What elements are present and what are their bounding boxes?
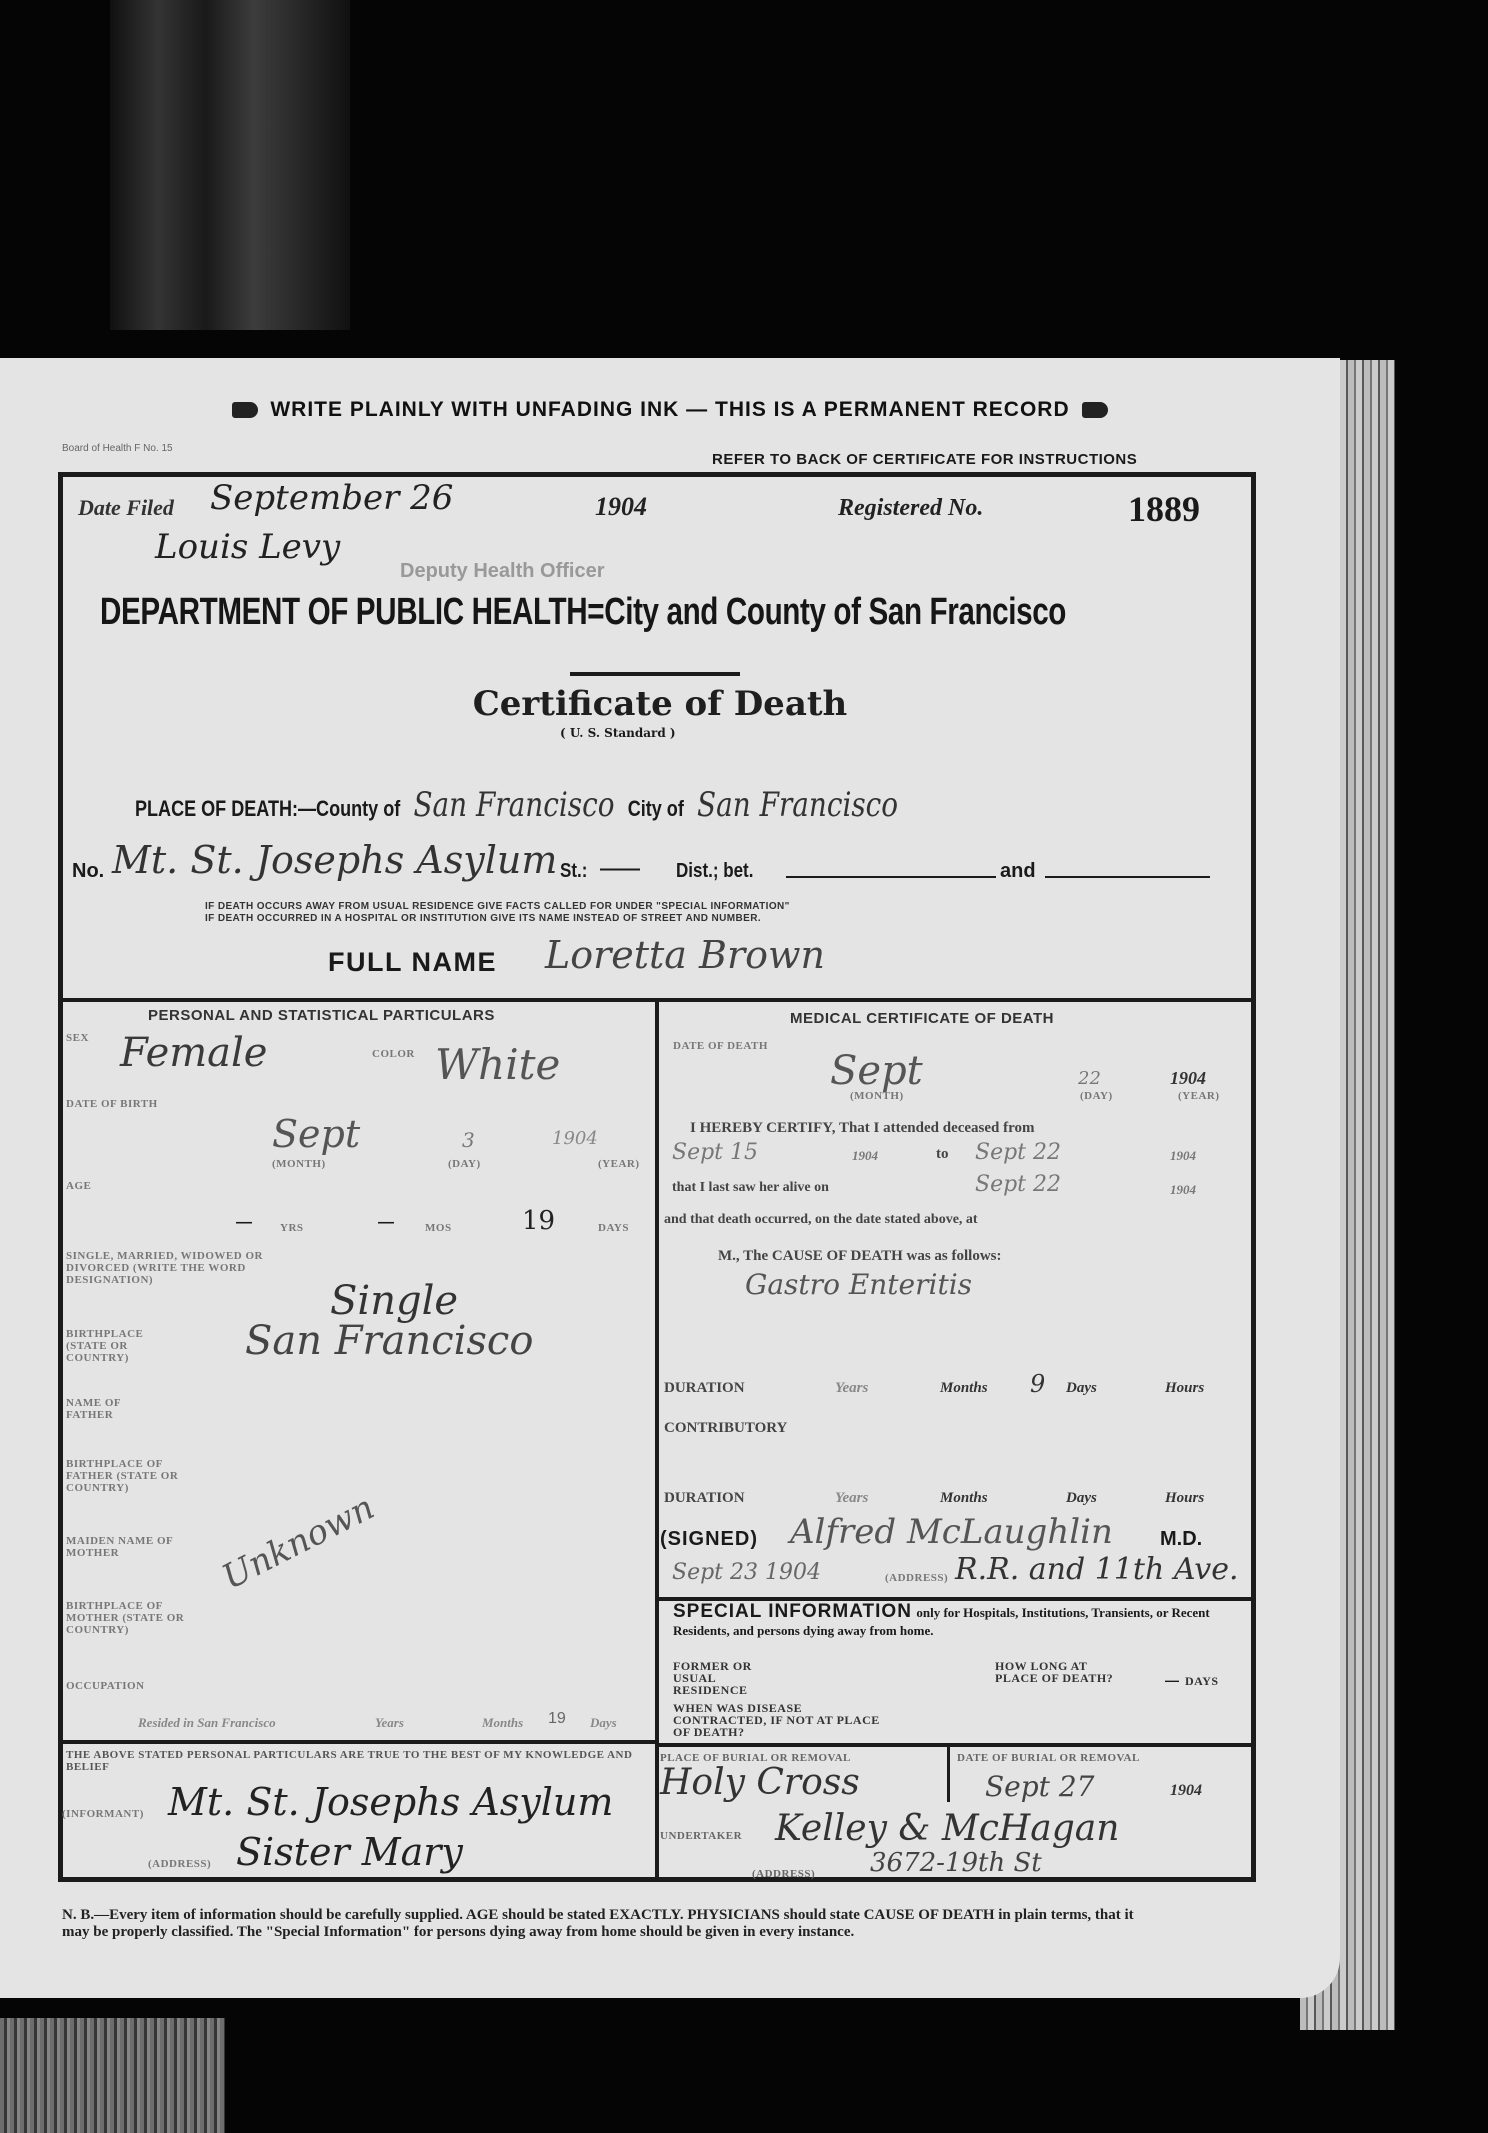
signed-date: Sept 23 1904 <box>672 1560 821 1585</box>
father-birthplace-label: BIRTHPLACE OF FATHER (State or Country) <box>66 1458 186 1494</box>
duration2-days-caption: Days <box>1066 1490 1097 1507</box>
attended-from: Sept 15 <box>672 1140 758 1165</box>
district-line <box>786 876 996 878</box>
physician-address-label: (Address) <box>885 1572 948 1584</box>
signed-label: (SIGNED) <box>660 1528 758 1551</box>
deputy-signature: Louis Levy <box>155 527 340 567</box>
how-long-days-caption: Days <box>1185 1675 1219 1687</box>
dob-year: 1904 <box>552 1128 598 1149</box>
duration2-label: DURATION <box>664 1490 745 1507</box>
footer-note: N. B.—Every item of information should b… <box>62 1907 1142 1941</box>
special-info-block: SPECIAL INFORMATION only for Hospitals, … <box>673 1603 1243 1640</box>
date-filed-year: 1904 <box>595 492 647 522</box>
resided-days: 19 <box>548 1710 566 1728</box>
resided-label: Resided in San Francisco <box>138 1715 276 1731</box>
informant-address-value: Sister Mary <box>236 1830 463 1874</box>
age-days: 19 <box>522 1206 555 1236</box>
dod-label: DATE OF DEATH <box>673 1040 768 1052</box>
duration-days-caption: Days <box>1066 1380 1097 1397</box>
how-long-label: How long at Place of Death? <box>995 1660 1115 1684</box>
place-of-death-label: PLACE OF DEATH:—County of <box>135 796 400 821</box>
dod-day: 22 <box>1078 1068 1101 1089</box>
place-instructions: IF DEATH OCCURS AWAY FROM USUAL RESIDENC… <box>205 901 790 925</box>
duration2-years-caption: Years <box>835 1490 868 1507</box>
pointing-hand-icon <box>1082 402 1108 418</box>
street-label: St.: <box>560 860 587 883</box>
undertaker-label: UNDERTAKER <box>660 1830 742 1842</box>
dob-year-caption: (Year) <box>598 1158 640 1170</box>
background-left-bottom <box>0 2018 225 2133</box>
attest-divider <box>58 1740 656 1744</box>
dod-day-caption: (Day) <box>1080 1090 1113 1102</box>
dob-day-caption: (Day) <box>448 1158 481 1170</box>
cause-value: Gastro Enteritis <box>745 1268 972 1301</box>
full-name-value: Loretta Brown <box>545 933 825 977</box>
number-label: No. <box>72 860 104 883</box>
burial-divider <box>656 1743 1256 1747</box>
former-residence-label: Former or Usual Residence <box>673 1660 793 1696</box>
dod-month: Sept <box>830 1048 923 1094</box>
occurred-text: and that death occurred, on the date sta… <box>664 1212 978 1228</box>
instruction-line-2: IF DEATH OCCURRED IN A HOSPITAL OR INSTI… <box>205 913 790 925</box>
occupation-label: OCCUPATION <box>66 1680 145 1692</box>
color-value: White <box>435 1040 560 1089</box>
duration-months-caption: Months <box>940 1380 988 1397</box>
city-value: San Francisco <box>697 785 898 825</box>
age-months-caption: Mos <box>425 1222 452 1234</box>
resided-days-caption: Days <box>590 1715 617 1731</box>
certify-text: I HEREBY CERTIFY, That I attended deceas… <box>690 1120 1035 1137</box>
burial-year-value: 1904 <box>1170 1782 1202 1800</box>
duration-hours-caption: Hours <box>1165 1380 1204 1397</box>
dod-year-caption: (Year) <box>1178 1090 1220 1102</box>
age-days-caption: Days <box>598 1222 629 1234</box>
age-months: — <box>378 1214 394 1232</box>
certificate-title: Certificate of Death <box>360 684 960 724</box>
dod-month-caption: (Month) <box>850 1090 904 1102</box>
physician-signature: Alfred McLaughlin <box>790 1512 1113 1552</box>
attended-to-year: 1904 <box>1170 1148 1196 1164</box>
column-divider <box>655 1002 659 1880</box>
special-heading: SPECIAL INFORMATION <box>673 1601 912 1622</box>
resided-months-caption: Months <box>482 1715 523 1731</box>
date-filed-label: Date Filed <box>78 495 174 521</box>
refer-notice: REFER TO BACK OF CERTIFICATE FOR INSTRUC… <box>712 451 1137 468</box>
institution-value: Mt. St. Josephs Asylum <box>112 838 557 882</box>
birthplace-label: BIRTHPLACE (State or Country) <box>66 1328 186 1364</box>
last-saw-year: 1904 <box>1170 1182 1196 1198</box>
attended-from-year: 1904 <box>852 1148 878 1164</box>
how-long-value: — <box>1165 1672 1179 1688</box>
department-title: DEPARTMENT OF PUBLIC HEALTH=City and Cou… <box>100 591 974 634</box>
registered-number: 1889 <box>1128 488 1200 530</box>
to-label: to <box>936 1146 949 1163</box>
district-label: Dist.; bet. <box>676 860 753 883</box>
father-name-label: NAME OF FATHER <box>66 1397 146 1421</box>
attended-to: Sept 22 <box>975 1140 1061 1165</box>
registered-no-label: Registered No. <box>838 495 983 522</box>
attest-text: THE ABOVE STATED PERSONAL PARTICULARS AR… <box>66 1749 636 1773</box>
informant-value: Mt. St. Josephs Asylum <box>168 1780 613 1824</box>
background-left-top <box>110 0 350 330</box>
age-years: — <box>236 1214 252 1232</box>
medical-heading: MEDICAL CERTIFICATE OF DEATH <box>790 1010 1054 1027</box>
pointing-hand-icon <box>232 402 258 418</box>
mother-name-label: MAIDEN NAME OF MOTHER <box>66 1535 186 1559</box>
burial-column-divider <box>947 1747 950 1802</box>
sex-value: Female <box>120 1030 267 1076</box>
md-label: M.D. <box>1160 1528 1202 1551</box>
street-value: —— <box>600 858 640 881</box>
instruction-line-1: IF DEATH OCCURS AWAY FROM USUAL RESIDENC… <box>205 901 790 913</box>
age-label: AGE <box>66 1180 91 1192</box>
physician-address: R.R. and 11th Ave. <box>955 1552 1239 1587</box>
deputy-title: Deputy Health Officer <box>400 560 604 583</box>
certificate-subtitle: ( U. S. Standard ) <box>560 726 676 740</box>
informant-label: (Informant) <box>62 1808 144 1820</box>
marital-label: SINGLE, MARRIED, WIDOWED OR DIVORCED (Wr… <box>66 1250 316 1286</box>
duration2-hours-caption: Hours <box>1165 1490 1204 1507</box>
date-filed-value: September 26 <box>210 478 453 518</box>
mother-birthplace-label: BIRTHPLACE OF MOTHER (State or Country) <box>66 1600 186 1636</box>
burial-date-value: Sept 27 <box>985 1770 1094 1803</box>
county-value: San Francisco <box>413 785 614 825</box>
duration2-months-caption: Months <box>940 1490 988 1507</box>
city-label: City of <box>628 796 684 821</box>
printer-mark: Board of Health F No. 15 <box>62 443 173 454</box>
place-of-death-row: PLACE OF DEATH:—County of San Francisco … <box>135 785 898 825</box>
and-line <box>1045 876 1210 878</box>
title-divider <box>570 672 740 676</box>
burial-date-label: DATE of BURIAL or REMOVAL <box>957 1752 1140 1764</box>
undertaker-address-label: (Address) <box>752 1868 815 1880</box>
personal-heading: PERSONAL AND STATISTICAL PARTICULARS <box>148 1007 495 1024</box>
contracted-label: When was disease contracted, if not at p… <box>673 1702 893 1738</box>
informant-address-label: (Address) <box>148 1858 211 1870</box>
header-notice-row: WRITE PLAINLY WITH UNFADING INK — THIS I… <box>120 398 1220 422</box>
last-saw-date: Sept 22 <box>975 1172 1061 1197</box>
undertaker-value: Kelley & McHagan <box>775 1808 1119 1849</box>
full-name-label: FULL NAME <box>328 947 497 978</box>
burial-place-value: Holy Cross <box>660 1762 860 1803</box>
birthplace-value: San Francisco <box>245 1318 533 1364</box>
dob-month: Sept <box>272 1112 360 1156</box>
duration-years-caption: Years <box>835 1380 868 1397</box>
color-label: COLOR <box>372 1048 415 1060</box>
dod-year: 1904 <box>1170 1068 1206 1089</box>
age-years-caption: Yrs <box>280 1222 304 1234</box>
dob-month-caption: (Month) <box>272 1158 326 1170</box>
duration-label: DURATION <box>664 1380 745 1397</box>
undertaker-address-value: 3672-19th St <box>870 1848 1042 1878</box>
sex-label: SEX <box>66 1032 89 1044</box>
dob-label: DATE OF BIRTH <box>66 1098 158 1110</box>
cause-text: M., The CAUSE OF DEATH was as follows: <box>718 1248 1002 1265</box>
resided-years-caption: Years <box>375 1715 404 1731</box>
contributory-label: CONTRIBUTORY <box>664 1420 787 1437</box>
header-notice: WRITE PLAINLY WITH UNFADING INK — THIS I… <box>270 398 1069 421</box>
dob-day: 3 <box>462 1128 475 1152</box>
last-saw-text: that I last saw her alive on <box>672 1180 829 1196</box>
and-label: and <box>1000 860 1036 883</box>
duration-months-value: 9 <box>1030 1370 1045 1398</box>
